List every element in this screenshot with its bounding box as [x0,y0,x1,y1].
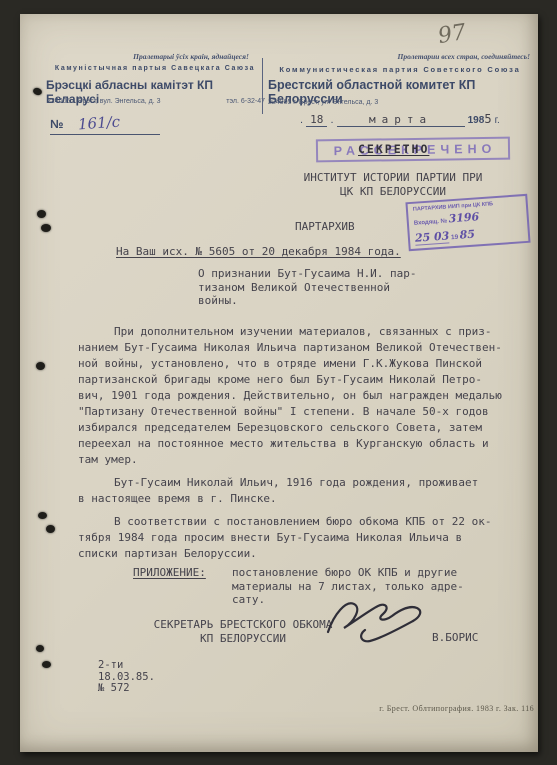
header-divider [262,58,263,114]
recipient-archive: ПАРТАРХИВ [295,220,355,233]
date-year-label: г. [495,115,500,126]
clerical-note: 2-ти 18.03.85. № 572 [98,660,155,695]
date-day: 18 [306,113,327,127]
punch-hole [42,661,51,668]
reg-number-value: 161/с [77,113,120,134]
body-paragraph-2: Бут-Гусаим Николай Ильич, 1916 года рожд… [78,475,526,507]
secret-marking: СЕКРЕТНО [358,142,429,156]
signatory-name: В.БОРИС [432,631,478,644]
date-year-print: 198 [468,115,485,126]
slogan-right: Пролетарии всех стран, соединяйтесь! [270,52,530,61]
punch-hole [32,87,43,97]
date-year-handwritten: 5 [484,112,491,126]
page-number-handwritten: 97 [436,20,468,49]
address-row-left: 224005 г. Брэст, вул. Энгельса, д. 3 тэл… [47,98,265,105]
incoming-stamp-date-year-hand: 85 [459,227,475,241]
punch-hole [37,210,46,218]
incoming-stamp-number-value: 3196 [448,210,479,225]
address-left: 224005 г. Брэст, вул. Энгельса, д. 3 [47,98,161,105]
date-open-mark: . [300,114,303,126]
incoming-stamp-date-day: 25 03 [414,229,449,245]
phone-left: тэл. 6-32-47 [226,98,265,105]
reg-number-label: № [50,117,63,131]
punch-hole [36,362,45,370]
party-name-left: Камуністычная партыя Савецкага Саюза [46,65,264,72]
slogan-left: Пралетарыі ўсіх краін, яднайцеся! [105,52,277,61]
attachment-label: ПРИЛОЖЕНИЕ: [133,566,206,579]
incoming-stamp: ПАРТАРХИВ ИИП при ЦК КПБ Входящ. № 3196 … [405,194,530,252]
incoming-stamp-number-label: Входящ. № [414,219,448,227]
signatory-title: СЕКРЕТАРЬ БРЕСТСКОГО ОБКОМА КП БЕЛОРУССИ… [138,618,348,645]
date-month: марта [337,113,465,127]
punch-hole [41,224,51,232]
address-right: 224005 г. Брест, ул. Энгельса, д. 3 [268,99,378,106]
print-imprint: г. Брест. Облтипография. 1983 г. Зак. 11… [320,704,534,713]
signature-scribble [320,592,432,653]
date-line: . 18 . марта 1985 г. [300,112,500,127]
body-paragraph-1: При дополнительном изучении материалов, … [78,324,526,468]
reference-line: На Ваш исх. № 5605 от 20 декабря 1984 го… [116,245,401,258]
document-scan: 97 Пралетарыі ўсіх краін, яднайцеся! Кам… [20,14,538,752]
party-name-right: Коммунистическая партия Советского Союза [268,65,532,74]
body-paragraph-3: В соответствии с постановлением бюро обк… [78,514,526,562]
date-close-mark: . [330,114,333,126]
subject-block: О признании Бут-Гусаима Н.И. пар- тизано… [198,267,417,308]
reg-number-line: № 161/с [50,114,160,135]
recipient-institute: ИНСТИТУТ ИСТОРИИ ПАРТИИ ПРИ ЦК КП БЕЛОРУ… [295,171,491,198]
punch-hole [38,512,47,519]
punch-hole [36,645,44,652]
punch-hole [46,525,55,533]
incoming-stamp-date-year-print: 19 [451,233,459,240]
